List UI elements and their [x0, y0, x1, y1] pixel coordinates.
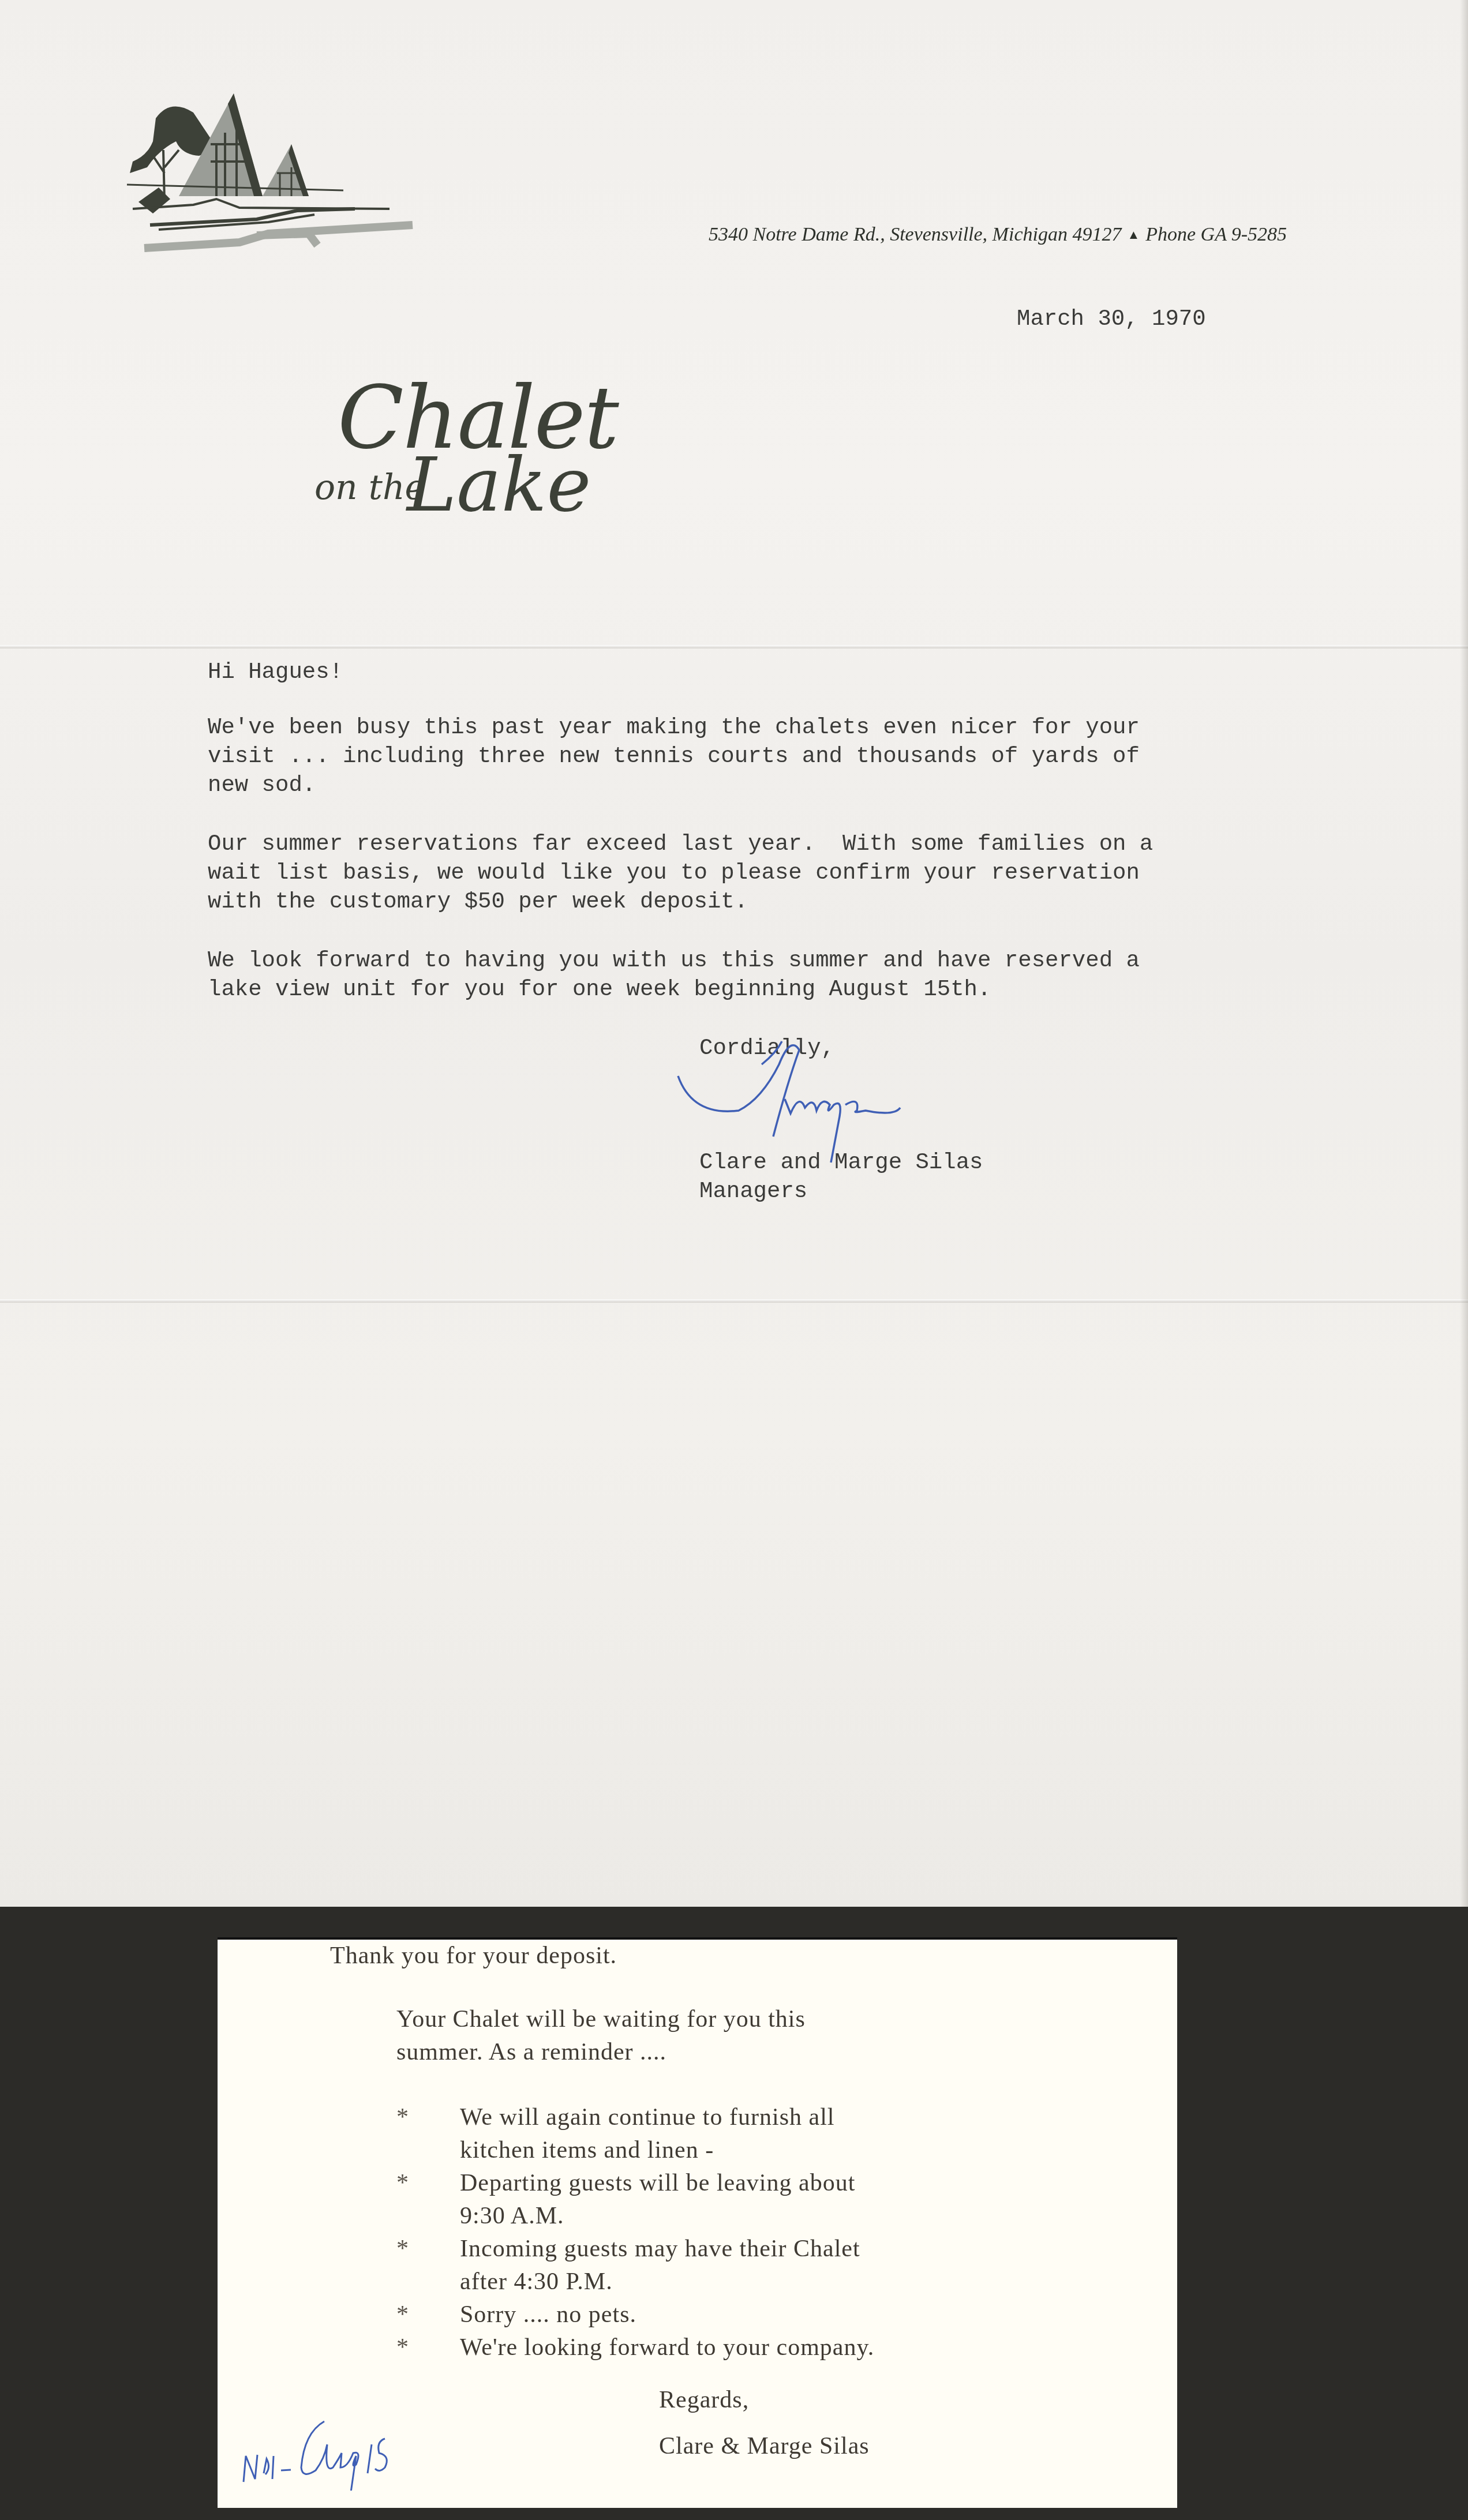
chalet-logo: Chalet on the Lake	[124, 87, 724, 485]
handwritten-signature	[675, 1030, 941, 1168]
reminder-text: Sorry .... no pets.	[460, 2298, 636, 2331]
reminder-item: * Incoming guests may have their Chaleta…	[396, 2233, 874, 2298]
asterisk-bullet-icon: *	[396, 2331, 460, 2364]
asterisk-bullet-icon: *	[396, 2101, 460, 2167]
phone-text: Phone GA 9-5285	[1145, 224, 1287, 245]
reminder-text: We're looking forward to your company.	[460, 2331, 874, 2364]
letter-page: Chalet on the Lake 5340 Notre Dame Rd., …	[0, 0, 1468, 1907]
reminder-text: 9:30 A.M.	[460, 2200, 855, 2233]
address-text: 5340 Notre Dame Rd., Stevensville, Michi…	[709, 224, 1121, 245]
signer-title: Managers	[699, 1177, 807, 1206]
reminder-text: after 4:30 P.M.	[460, 2266, 860, 2298]
reminder-text: kitchen items and linen -	[460, 2134, 834, 2167]
fold-line	[0, 1299, 1468, 1303]
paper-edge	[1460, 0, 1468, 1907]
letter-paragraph: We look forward to having you with us th…	[208, 946, 1140, 1004]
reminder-item: * We will again continue to furnish allk…	[396, 2101, 874, 2167]
fold-line	[0, 645, 1468, 648]
reminder-item: * We're looking forward to your company.	[396, 2331, 874, 2364]
card-intro-line: summer. As a reminder ....	[396, 2036, 806, 2069]
card-intro-line: Your Chalet will be waiting for you this	[396, 2003, 806, 2036]
letterhead-address: 5340 Notre Dame Rd., Stevensville, Michi…	[709, 224, 1287, 246]
asterisk-bullet-icon: *	[396, 2298, 460, 2331]
letter-greeting: Hi Hagues!	[208, 658, 343, 687]
letter-date: March 30, 1970	[1017, 305, 1206, 333]
asterisk-bullet-icon: *	[396, 2233, 460, 2298]
letter-paragraph: We've been busy this past year making th…	[208, 713, 1140, 800]
reminder-item: * Sorry .... no pets.	[396, 2298, 874, 2331]
triangle-separator-icon: ▲	[1127, 227, 1140, 242]
card-reminder-list: * We will again continue to furnish allk…	[396, 2101, 874, 2364]
card-thanks: Thank you for your deposit.	[330, 1940, 617, 1972]
letter-paragraph: Our summer reservations far exceed last …	[208, 830, 1153, 916]
handwritten-note: NL1 - Aug 15	[238, 2410, 480, 2491]
asterisk-bullet-icon: *	[396, 2167, 460, 2233]
reminder-text: We will again continue to furnish all	[460, 2101, 834, 2134]
reminder-card: Thank you for your deposit. Your Chalet …	[218, 1940, 1177, 2508]
card-signers: Clare & Marge Silas	[659, 2430, 870, 2463]
reminder-item: * Departing guests will be leaving about…	[396, 2167, 874, 2233]
reminder-text: Departing guests will be leaving about	[460, 2167, 855, 2200]
chalet-illustration-icon	[124, 87, 724, 352]
card-regards: Regards,	[659, 2384, 749, 2417]
signer-name: Clare and Marge Silas	[699, 1148, 983, 1177]
card-intro: Your Chalet will be waiting for you this…	[396, 2003, 806, 2069]
reminder-text: Incoming guests may have their Chalet	[460, 2233, 860, 2266]
logo-lake: Lake	[407, 447, 591, 522]
